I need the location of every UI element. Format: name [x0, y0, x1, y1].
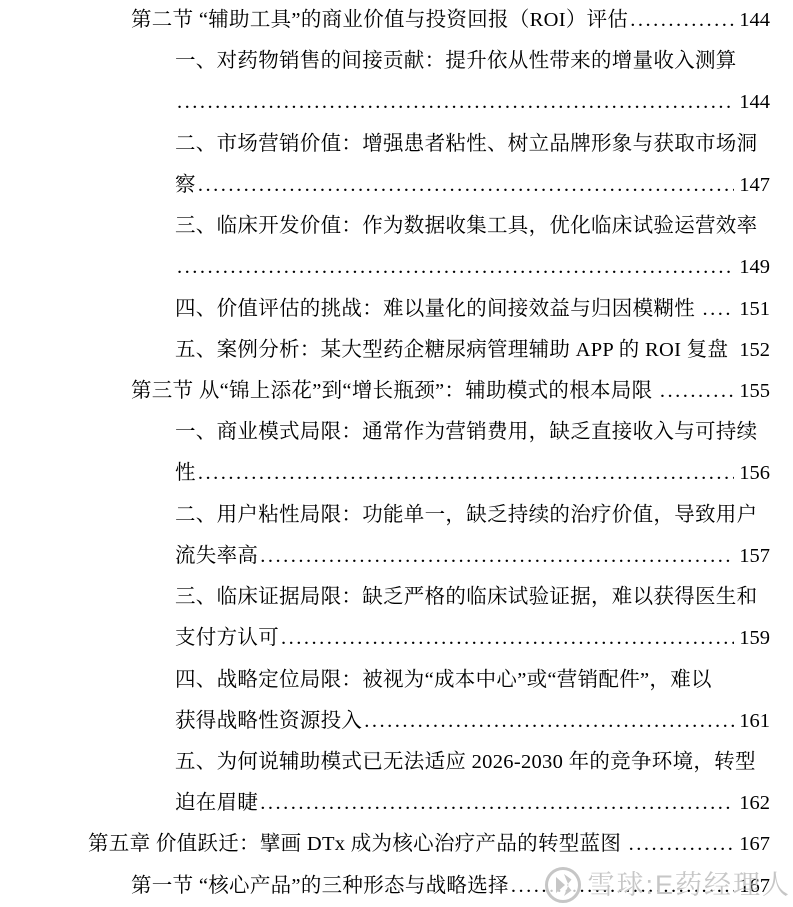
dot-leader: ........................................… [279, 618, 734, 659]
dot-leader: ........................................… [658, 371, 734, 412]
toc-entry-line: 性 ......................................… [0, 453, 793, 494]
toc-entry-line: 三、临床证据局限：缺乏严格的临床试验证据，难以获得医生和 [0, 577, 793, 618]
toc-entry-text: 四、战略定位局限：被视为“成本中心”或“营销配件”，难以 [175, 660, 712, 701]
toc-page-number: 162 [734, 783, 770, 824]
toc-entry-line: 支付方认可 ..................................… [0, 618, 793, 659]
toc-entry-text: 一、对药物销售的间接贡献：提升依从性带来的增量收入测算 [175, 41, 737, 82]
toc-entry-line: 获得战略性资源投入 ..............................… [0, 701, 793, 742]
dot-leader: ........................................… [258, 783, 734, 824]
toc-entry-text: 察 [175, 165, 196, 206]
toc-entry-line: 五、案例分析：某大型药企糖尿病管理辅助 APP 的 ROI 复盘 152 [0, 330, 793, 371]
toc-entry-line: 四、价值评估的挑战：难以量化的间接效益与归因模糊性 ..............… [0, 289, 793, 330]
toc-entry-line: 二、市场营销价值：增强患者粘性、树立品牌形象与获取市场洞 [0, 124, 793, 165]
toc-entry-text: 第二节 “辅助工具”的商业价值与投资回报（ROI）评估 [131, 0, 628, 41]
dot-leader: ........................................… [627, 824, 735, 865]
toc-entry-line: 第二节 “辅助工具”的商业价值与投资回报（ROI）评估 ............… [0, 0, 793, 41]
dot-leader: ........................................… [258, 536, 734, 577]
toc-entry-line: 一、商业模式局限：通常作为营销费用，缺乏直接收入与可持续 [0, 412, 793, 453]
toc-entry-text: 二、用户粘性局限：功能单一，缺乏持续的治疗价值，导致用户 [175, 495, 757, 536]
toc-entry-text: 获得战略性资源投入 [175, 701, 362, 742]
toc-entry-line: 流失率高 ...................................… [0, 536, 793, 577]
toc-entry-text: 迫在眉睫 [175, 783, 258, 824]
watermark: 雪球:E药经理人 [544, 866, 791, 904]
toc-entry-text: 流失率高 [175, 536, 258, 577]
toc-entry-line: 第五章 价值跃迁：擘画 DTx 成为核心治疗产品的转型蓝图 ..........… [0, 824, 793, 865]
table-of-contents: 第二节 “辅助工具”的商业价值与投资回报（ROI）评估 ............… [0, 0, 793, 907]
dot-leader: ........................................… [175, 247, 734, 288]
toc-entry-line: 四、战略定位局限：被视为“成本中心”或“营销配件”，难以 [0, 660, 793, 701]
watermark-text: 雪球:E药经理人 [587, 872, 791, 899]
toc-page-number: 167 [734, 824, 770, 865]
dot-leader: ........................................… [700, 289, 734, 330]
toc-entry-text: 三、临床证据局限：缺乏严格的临床试验证据，难以获得医生和 [175, 577, 757, 618]
toc-page-number: 149 [734, 247, 770, 288]
toc-page-number: 144 [734, 0, 770, 41]
document-page: 第二节 “辅助工具”的商业价值与投资回报（ROI）评估 ............… [0, 0, 793, 907]
dot-leader: ........................................… [628, 0, 734, 41]
toc-page-number: 156 [734, 453, 770, 494]
toc-page-number: 157 [734, 536, 770, 577]
toc-entry-line: 第三节 从“锦上添花”到“增长瓶颈”：辅助模式的根本局限 ...........… [0, 371, 793, 412]
toc-entry-text: 第三节 从“锦上添花”到“增长瓶颈”：辅助模式的根本局限 [131, 371, 658, 412]
toc-entry-text: 五、案例分析：某大型药企糖尿病管理辅助 APP 的 ROI 复盘 [175, 330, 728, 371]
toc-entry-text: 支付方认可 [175, 618, 279, 659]
toc-page-number: 161 [734, 701, 770, 742]
toc-entry-line: 察 ......................................… [0, 165, 793, 206]
toc-page-number: 159 [734, 618, 770, 659]
toc-entry-text: 三、临床开发价值：作为数据收集工具，优化临床试验运营效率 [175, 206, 757, 247]
toc-page-number: 152 [734, 330, 770, 371]
dot-leader: ........................................… [196, 165, 734, 206]
toc-page-number: 144 [734, 82, 770, 123]
toc-entry-text: 性 [175, 453, 196, 494]
toc-page-number: 151 [734, 289, 770, 330]
toc-entry-line: 一、对药物销售的间接贡献：提升依从性带来的增量收入测算 [0, 41, 793, 82]
toc-entry-text: 四、价值评估的挑战：难以量化的间接效益与归因模糊性 [175, 289, 700, 330]
toc-entry-line: ........................................… [0, 247, 793, 288]
toc-entry-line: 三、临床开发价值：作为数据收集工具，优化临床试验运营效率 [0, 206, 793, 247]
toc-entry-line: ........................................… [0, 82, 793, 123]
toc-entry-text: 五、为何说辅助模式已无法适应 2026-2030 年的竞争环境，转型 [175, 742, 756, 783]
toc-entry-text: 一、商业模式局限：通常作为营销费用，缺乏直接收入与可持续 [175, 412, 757, 453]
dot-leader: ........................................… [196, 453, 734, 494]
toc-page-number: 147 [734, 165, 770, 206]
toc-page-number: 155 [734, 371, 770, 412]
toc-entry-line: 五、为何说辅助模式已无法适应 2026-2030 年的竞争环境，转型 [0, 742, 793, 783]
xueqiu-logo-icon [544, 866, 582, 904]
dot-leader: ........................................… [175, 82, 734, 123]
dot-leader: ........................................… [362, 701, 734, 742]
toc-entry-line: 二、用户粘性局限：功能单一，缺乏持续的治疗价值，导致用户 [0, 495, 793, 536]
toc-entry-text: 第五章 价值跃迁：擘画 DTx 成为核心治疗产品的转型蓝图 [88, 824, 627, 865]
toc-entry-text: 二、市场营销价值：增强患者粘性、树立品牌形象与获取市场洞 [175, 124, 757, 165]
toc-entry-text: 第一节 “核心产品”的三种形态与战略选择 [131, 866, 509, 907]
toc-entry-line: 迫在眉睫 ...................................… [0, 783, 793, 824]
